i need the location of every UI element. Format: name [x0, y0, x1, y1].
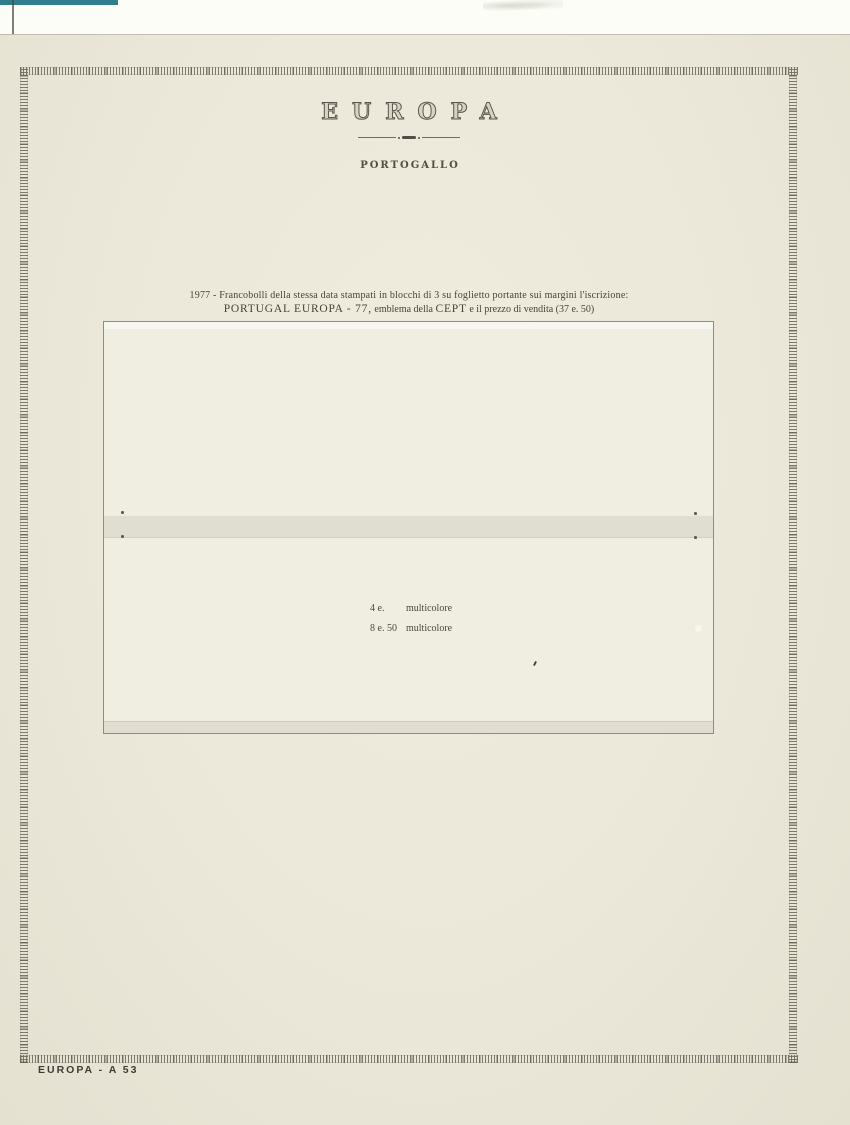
mount-alignment-dot: [121, 511, 124, 514]
ornament-line-left: [358, 137, 396, 138]
description-text: emblema della: [372, 304, 436, 315]
album-cover-edge: [0, 0, 118, 5]
stamp-listings: 4 e. multicolore 8 e. 50 multicolore: [370, 598, 452, 638]
ornament-dot: [418, 137, 420, 139]
mount-alignment-dot: [694, 512, 697, 515]
ornamental-border-top: [20, 67, 798, 75]
stamp-denomination: 8 e. 50: [370, 623, 406, 634]
description-inscription: PORTUGAL EUROPA - 77,: [224, 303, 372, 315]
ornamental-border-left: [20, 67, 28, 1063]
description-line2: PORTUGAL EUROPA - 77, emblema della CEPT…: [0, 302, 818, 317]
ornament-line-right: [422, 137, 460, 138]
mount-bottom-edge: [104, 721, 713, 733]
stamp-listing-row: 8 e. 50 multicolore: [370, 618, 452, 638]
description-text: e il prezzo di vendita (37 e. 50): [467, 304, 594, 315]
mount-alignment-dot: [694, 536, 697, 539]
pencil-smudge: [483, 0, 563, 11]
album-title: EUROPA: [0, 99, 818, 125]
stamp-color-description: multicolore: [406, 623, 452, 634]
title-ornament: [0, 136, 818, 139]
mount-top-edge: [104, 322, 713, 329]
page-binding-edge: [12, 0, 14, 34]
paper-speck: [695, 625, 702, 632]
stamp-listing-row: 4 e. multicolore: [370, 598, 452, 618]
scanner-background: [0, 0, 850, 34]
paper-speck: [533, 661, 537, 666]
issue-description: 1977 - Francobolli della stessa data sta…: [0, 289, 818, 317]
scanned-album-page: EUROPA PORTOGALLO 1977 - Francobolli del…: [0, 0, 850, 1125]
country-title: PORTOGALLO: [0, 160, 818, 171]
description-cept: CEPT: [435, 303, 466, 315]
album-page: EUROPA PORTOGALLO 1977 - Francobolli del…: [0, 34, 850, 1125]
mount-hinge-band: [104, 515, 713, 538]
stamp-mount-area: 4 e. multicolore 8 e. 50 multicolore: [103, 321, 714, 734]
ornamental-border-right: [789, 67, 797, 1063]
stamp-color-description: multicolore: [406, 603, 452, 614]
mount-alignment-dot: [121, 535, 124, 538]
ornament-center-bar: [402, 136, 416, 139]
page-catalog-code: EUROPA - A 53: [38, 1064, 138, 1076]
ornamental-border-bottom: [20, 1055, 798, 1063]
ornament-dot: [398, 137, 400, 139]
stamp-denomination: 4 e.: [370, 603, 406, 614]
description-line1: 1977 - Francobolli della stessa data sta…: [0, 289, 818, 302]
